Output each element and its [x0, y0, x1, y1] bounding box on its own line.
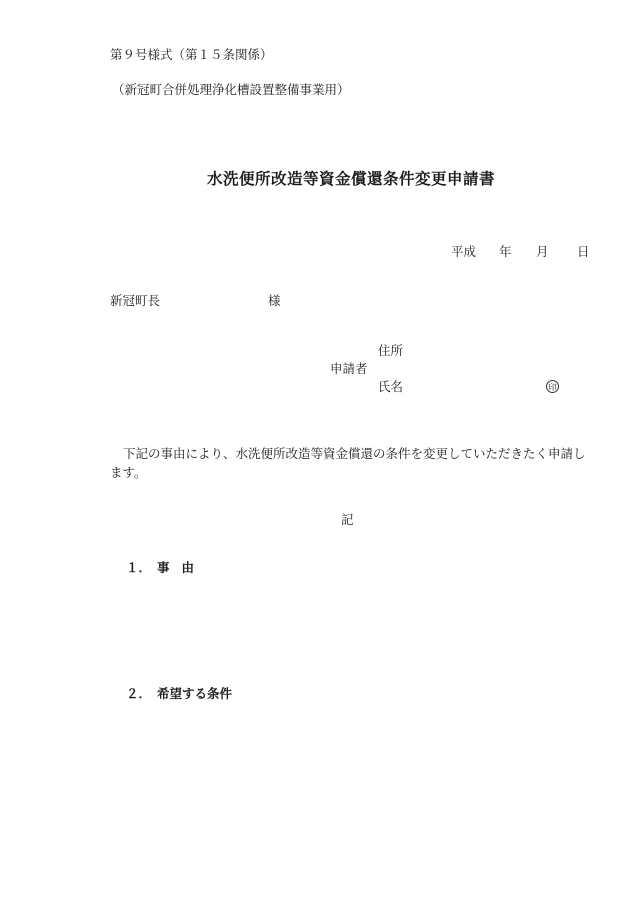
- address-label: 住所: [378, 345, 403, 358]
- section-reason: １．事由: [126, 562, 206, 575]
- ki-marker: 記: [341, 514, 354, 527]
- section-label: 事由: [157, 560, 206, 575]
- date-year-label: 年: [499, 246, 536, 259]
- section-label: 希望する条件: [157, 686, 232, 701]
- section-number: ２．: [126, 688, 151, 701]
- date-era: 平成: [451, 246, 499, 259]
- date-line: 平成年月日: [451, 246, 590, 259]
- seal-icon: 印: [546, 380, 559, 393]
- section-desired-conditions: ２．希望する条件: [126, 688, 232, 701]
- usage-note: （新冠町合併処理浄化槽設置整備事業用）: [112, 84, 350, 97]
- addressee-honorific: 様: [268, 295, 281, 308]
- document-title: 水洗便所改造等資金償還条件変更申請書: [207, 172, 495, 188]
- applicant-label: 申請者: [330, 363, 368, 376]
- date-day-label: 日: [577, 246, 590, 259]
- addressee-name: 新冠町長: [110, 295, 160, 308]
- date-month-label: 月: [536, 246, 577, 259]
- name-label: 氏名: [378, 381, 403, 394]
- section-number: １．: [126, 562, 151, 575]
- request-statement: 下記の事由により、水洗便所改造等資金償還の条件を変更していただきたく申請します。: [110, 444, 588, 482]
- form-number: 第９号様式（第１５条関係）: [110, 49, 273, 62]
